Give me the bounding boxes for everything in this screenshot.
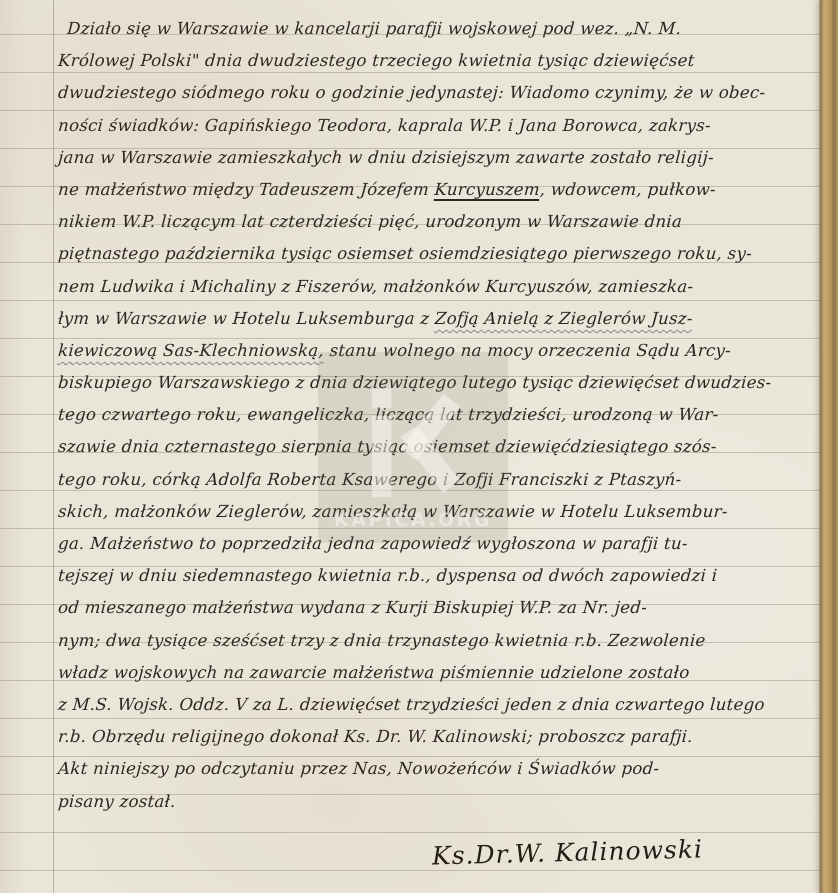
text-line: z M.S. Wojsk. Oddz. V za L. dziewięćset … [57,689,820,721]
text-segment: piętnastego października tysiąc osiemset… [58,244,753,263]
text-segment: nikiem W.P. liczącym lat czterdzieści pi… [58,212,683,231]
text-segment: stanu wolnego na mocy orzeczenia Sądu Ar… [323,341,731,360]
text-line: r.b. Obrzędu religijnego dokonał Ks. Dr.… [57,721,820,753]
text-segment: z M.S. Wojsk. Oddz. V za L. dziewięćset … [58,695,766,714]
text-line: władz wojskowych na zawarcie małżeństwa … [57,657,820,689]
underlined-phrase: Kurcyuszem [434,180,541,199]
text-segment: od mieszanego małżeństwa wydana z Kurji … [58,598,648,617]
scanned-register-page: Działo się w Warszawie w kancelarji para… [0,0,838,893]
text-segment: tego roku, córką Adolfa Roberta Ksawereg… [58,470,683,489]
margin-line [53,0,54,893]
text-line: tego czwartego roku, ewangeliczka, liczą… [57,399,820,431]
text-line: nym; dwa tysiące sześćset trzy z dnia tr… [57,625,820,657]
text-segment: ne małżeństwo między Tadeuszem Józefem [58,180,436,199]
text-line: łym w Warszawie w Hotelu Luksemburga z Z… [57,303,820,335]
text-line: Królowej Polski" dnia dwudziestego trzec… [57,45,820,77]
text-lines: Działo się w Warszawie w kancelarji para… [57,13,818,818]
text-segment: nem Ludwika i Michaliny z Fiszerów, małż… [58,277,695,296]
text-line: dwudziestego siódmego roku o godzinie je… [57,77,820,109]
text-segment: ga. Małżeństwo to poprzedziła jedna zapo… [58,534,689,553]
text-segment: r.b. Obrzędu religijnego dokonał Ks. Dr.… [58,727,694,746]
text-line: od mieszanego małżeństwa wydana z Kurji … [57,592,820,624]
underlined-phrase: Zofją Anielą z Zieglerów Jusz- [434,309,693,328]
text-line: pisany został. [57,786,820,818]
text-segment: nym; dwa tysiące sześćset trzy z dnia tr… [58,631,707,650]
text-line: nikiem W.P. liczącym lat czterdzieści pi… [57,206,820,238]
text-line: nem Ludwika i Michaliny z Fiszerów, małż… [57,271,820,303]
text-line: ności świadków: Gapińskiego Teodora, kap… [57,110,820,142]
text-segment: władz wojskowych na zawarcie małżeństwa … [58,663,691,682]
text-line: jana w Warszawie zamieszkałych w dniu dz… [57,142,820,174]
text-line: piętnastego października tysiąc osiemset… [57,238,820,270]
text-segment: dwudziestego siódmego roku o godzinie je… [58,83,767,102]
text-segment: jana w Warszawie zamieszkałych w dniu dz… [58,148,715,167]
text-segment: Akt niniejszy po odczytaniu przez Nas, N… [58,759,661,778]
text-segment: Działo się w Warszawie w kancelarji para… [67,19,682,38]
text-line: kiewiczową Sas-Klechniowską, stanu wolne… [57,335,820,367]
text-segment: Królowej Polski" dnia dwudziestego trzec… [58,51,696,70]
text-line: skich, małżonków Zieglerów, zamieszkałą … [57,496,820,528]
text-line: szawie dnia czternastego sierpnia tysiąc… [57,431,820,463]
page-binding-edge [819,0,838,893]
text-line: Akt niniejszy po odczytaniu przez Nas, N… [57,753,820,785]
text-segment: tejszej w dniu siedemnastego kwietnia r.… [58,566,718,585]
text-segment: skich, małżonków Zieglerów, zamieszkałą … [58,502,729,521]
text-segment: tego czwartego roku, ewangeliczka, liczą… [58,405,720,424]
text-segment: ności świadków: Gapińskiego Teodora, kap… [58,116,712,135]
text-segment: pisany został. [58,792,177,811]
text-line: biskupiego Warszawskiego z dnia dziewiąt… [57,367,820,399]
text-line: tejszej w dniu siedemnastego kwietnia r.… [57,560,820,592]
text-line: tego roku, córką Adolfa Roberta Ksawereg… [57,464,820,496]
text-segment: , wdowcem, pułkow- [539,180,716,199]
underlined-phrase: kiewiczową Sas-Klechniowską, [58,341,325,360]
text-line: ne małżeństwo między Tadeuszem Józefem K… [57,174,820,206]
text-line: Działo się w Warszawie w kancelarji para… [66,13,820,45]
text-segment: szawie dnia czternastego sierpnia tysiąc… [58,437,718,456]
priest-signature: Ks.Dr.W. Kalinowski [432,834,704,870]
text-segment: biskupiego Warszawskiego z dnia dziewiąt… [58,373,773,392]
text-line: ga. Małżeństwo to poprzedziła jedna zapo… [57,528,820,560]
text-segment: łym w Warszawie w Hotelu Luksemburga z [58,309,436,328]
